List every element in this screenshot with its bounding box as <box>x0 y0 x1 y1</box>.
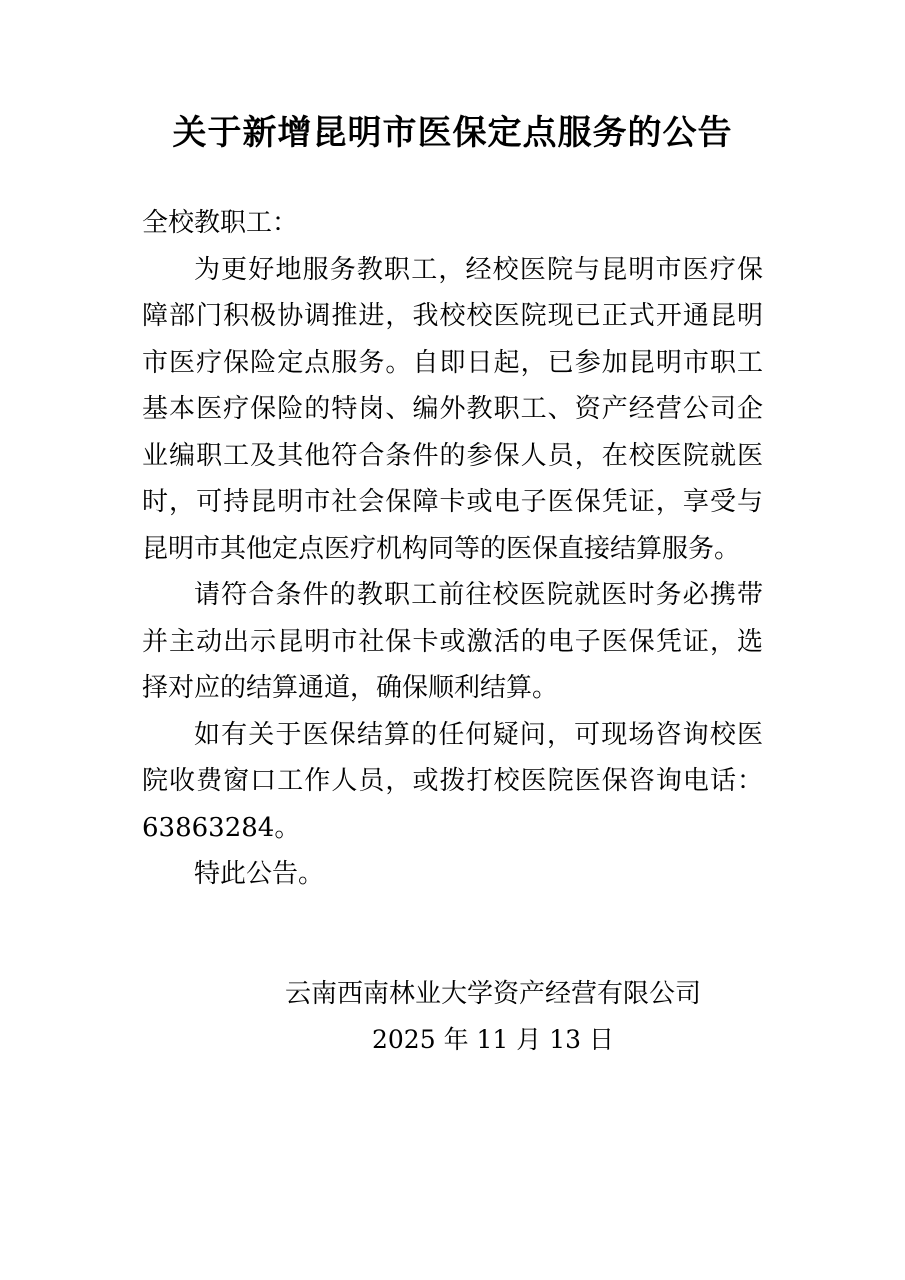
salutation: 全校教职工： <box>142 200 763 247</box>
body-paragraph-2: 请符合条件的教职工前往校医院就医时务必携带并主动出示昆明市社保卡或激活的电子医保… <box>142 572 763 712</box>
closing-line: 特此公告。 <box>142 851 763 898</box>
announcement-page: 关于新增昆明市医保定点服务的公告 全校教职工： 为更好地服务教职工，经校医院与昆… <box>0 0 905 1280</box>
signature-block: 云南西南林业大学资产经营有限公司 2025 年 11 月 13 日 <box>285 971 701 1064</box>
document-title: 关于新增昆明市医保定点服务的公告 <box>142 108 763 158</box>
body-paragraph-1: 为更好地服务教职工，经校医院与昆明市医疗保障部门积极协调推进，我校校医院现已正式… <box>142 247 763 573</box>
issue-date: 2025 年 11 月 13 日 <box>285 1017 701 1064</box>
issuer-name: 云南西南林业大学资产经营有限公司 <box>285 971 701 1018</box>
body-paragraph-3: 如有关于医保结算的任何疑问，可现场咨询校医院收费窗口工作人员，或拨打校医院医保咨… <box>142 712 763 852</box>
document-body: 全校教职工： 为更好地服务教职工，经校医院与昆明市医疗保障部门积极协调推进，我校… <box>142 200 763 1064</box>
